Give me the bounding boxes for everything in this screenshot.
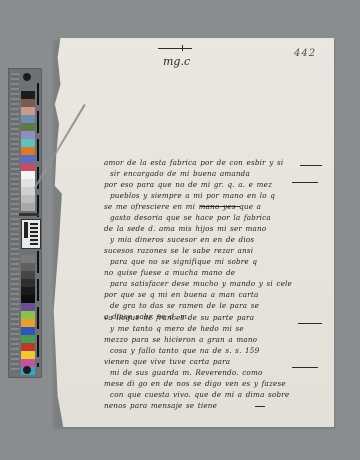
manuscript-line: para que no se signifique mi sobre q <box>104 256 330 267</box>
color-swatches-bottom <box>21 255 35 375</box>
manuscript-line: no quise fuese a mucha mano de <box>104 267 330 278</box>
line-flourish <box>298 323 322 324</box>
cross-mark <box>158 48 192 49</box>
manuscript-line: gasto desoria que se hace por la fabrica <box>104 212 330 223</box>
color-swatch <box>21 155 35 163</box>
color-swatch <box>21 139 35 147</box>
target-label-code <box>21 219 41 249</box>
color-swatch <box>21 107 35 115</box>
label-bar <box>19 213 39 216</box>
manuscript-line: y me tanto q mero de hedo mi se <box>104 323 330 334</box>
manuscript-line: sir encargado de mi buena amanda <box>104 168 330 179</box>
manuscript-line: y mia dineros sucesor en en de dios <box>104 234 330 245</box>
folio-number: 442 <box>294 48 316 59</box>
color-swatch <box>21 351 35 359</box>
manuscript-line: con que cuesta vivo. que de mi a dima so… <box>104 389 330 400</box>
manuscript-line: nenos para mensaje se tiene <box>104 400 330 411</box>
manuscript-paragraph-2: va llegue ne frances de su parte paray m… <box>104 312 330 411</box>
color-swatch <box>21 115 35 123</box>
manuscript-line: vienen que vive tuve carta para <box>104 356 330 367</box>
manuscript-line: mezzo para se hicieron a gran a mano <box>104 334 330 345</box>
color-swatch <box>21 255 35 263</box>
line-flourish <box>292 367 318 368</box>
manuscript-line: pueblos y siempre a mi por mano en lo q <box>104 190 330 201</box>
color-swatch <box>21 271 35 279</box>
manuscript-line: por eso para que no de mi gr. q. a. e me… <box>104 179 330 190</box>
manuscript-heading: mg.c <box>163 55 190 68</box>
color-swatch <box>21 319 35 327</box>
manuscript-line: cosa y fallo tanto que na de s. s. 159 <box>104 345 330 356</box>
manuscript-line: amor de la esta fabrica por de con esbir… <box>104 157 330 168</box>
manuscript-line: de gra to das se ramen de le para se <box>104 300 330 311</box>
manuscript-line: va llegue ne frances de su parte para <box>104 312 330 323</box>
manuscript-line: mese di go en de nos se digo ven es y fa… <box>104 378 330 389</box>
manuscript-line: sucesos razones se le sabe rezar ansi <box>104 245 330 256</box>
color-swatches-top <box>21 91 35 211</box>
color-swatch <box>21 295 35 303</box>
manuscript-line: por que se q mi en buena a man carta <box>104 289 330 300</box>
color-swatch <box>21 335 35 343</box>
color-swatch <box>21 147 35 155</box>
strike-through <box>200 206 240 207</box>
line-flourish <box>300 165 322 166</box>
color-swatch <box>21 203 35 211</box>
line-flourish <box>292 182 318 183</box>
manuscript-line: mi de sus guarda m. Reverendo. como <box>104 367 330 378</box>
manuscript-line: para satisfacer dese mucho y mando y si … <box>104 278 330 289</box>
color-swatch <box>21 195 35 203</box>
color-swatch <box>21 123 35 131</box>
color-swatch <box>21 343 35 351</box>
color-swatch <box>21 279 35 287</box>
color-calibration-target <box>8 68 42 378</box>
ruler-scale <box>11 73 19 373</box>
color-swatch <box>21 179 35 187</box>
color-swatch <box>21 327 35 335</box>
color-swatch <box>21 171 35 179</box>
color-swatch <box>21 303 35 311</box>
color-swatch <box>21 163 35 171</box>
line-flourish <box>255 406 265 407</box>
color-swatch <box>21 263 35 271</box>
color-swatch <box>21 131 35 139</box>
color-swatch <box>21 99 35 107</box>
color-swatch <box>21 287 35 295</box>
color-swatch <box>21 311 35 319</box>
color-swatch <box>21 91 35 99</box>
manuscript-line: de la sede d. ama mis hijos mi ser mano <box>104 223 330 234</box>
mount-hole-bottom <box>23 366 31 374</box>
mount-hole-top <box>23 73 31 81</box>
